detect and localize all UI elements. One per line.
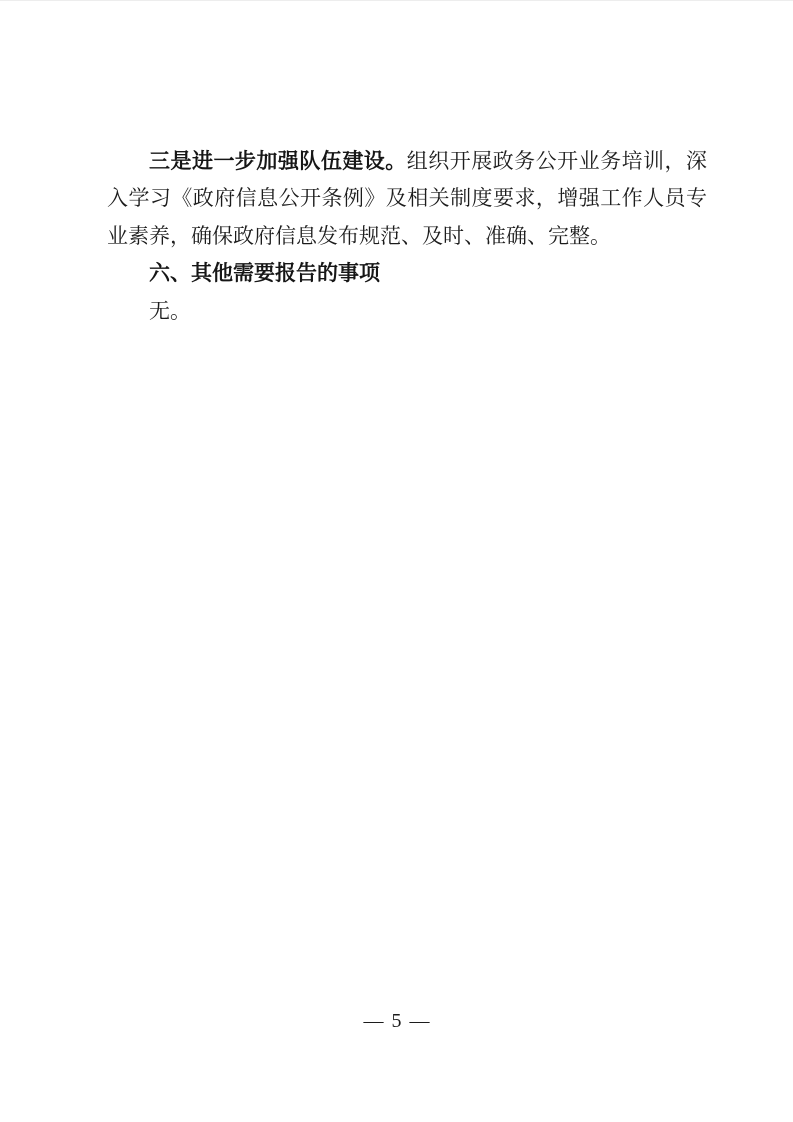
paragraph-line-1-text: 组织开展政务公开业务培训，深: [407, 149, 707, 173]
paragraph-line-3: 业素养，确保政府信息发布规范、及时、准确、完整。: [107, 218, 707, 255]
paragraph-line-2: 入学习《政府信息公开条例》及相关制度要求，增强工作人员专: [107, 180, 707, 217]
document-text-block: 三是进一步加强队伍建设。组织开展政务公开业务培训，深 入学习《政府信息公开条例》…: [107, 143, 707, 330]
document-page: 三是进一步加强队伍建设。组织开展政务公开业务培训，深 入学习《政府信息公开条例》…: [0, 0, 793, 1122]
paragraph-none: 无。: [107, 293, 707, 330]
page-number: — 5 —: [0, 1007, 793, 1035]
paragraph-bold-lead: 三是进一步加强队伍建设。: [149, 150, 407, 173]
section-heading: 六、其他需要报告的事项: [107, 255, 707, 292]
paragraph-line-1: 三是进一步加强队伍建设。组织开展政务公开业务培训，深: [107, 143, 707, 180]
